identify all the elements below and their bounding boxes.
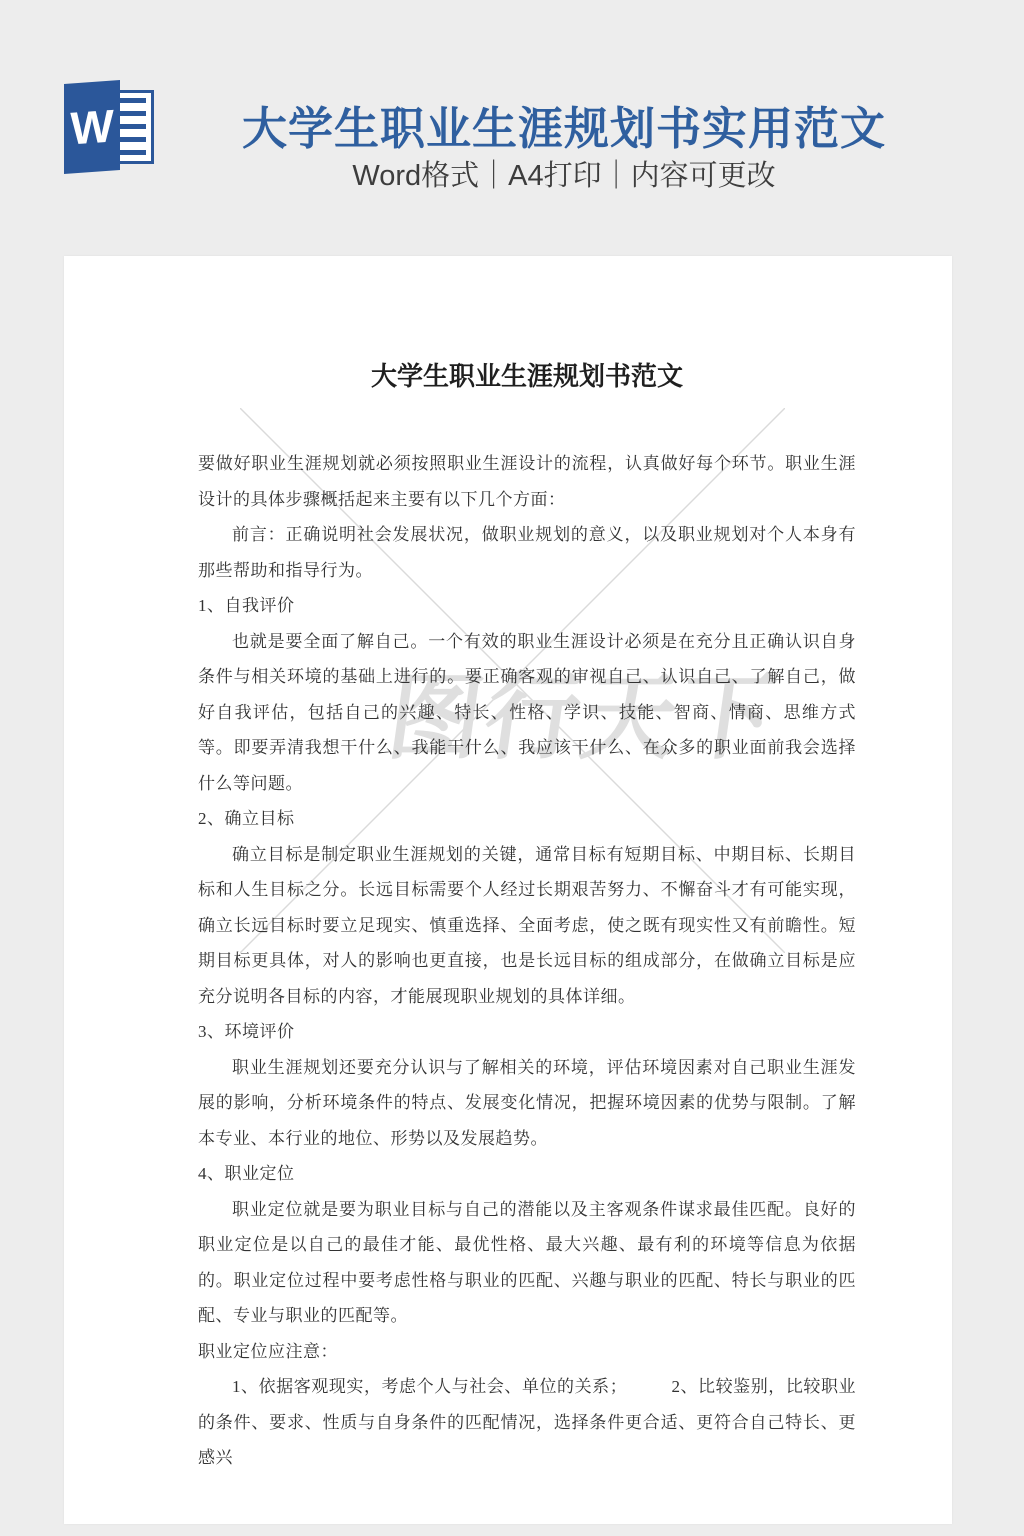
doc-paragraph: 要做好职业生涯规划就必须按照职业生涯设计的流程，认真做好每个环节。职业生涯设计的… — [198, 446, 856, 517]
doc-heading: 4、职业定位 — [198, 1156, 856, 1192]
doc-paragraph: 职业定位就是要为职业目标与自己的潜能以及主客观条件谋求最佳匹配。良好的职业定位是… — [198, 1192, 856, 1334]
doc-heading: 1、自我评价 — [198, 588, 856, 624]
doc-paragraph: 1、依据客观现实，考虑个人与社会、单位的关系； 2、比较鉴别，比较职业的条件、要… — [198, 1369, 856, 1476]
doc-heading: 2、确立目标 — [198, 801, 856, 837]
page-subtitle: Word格式｜A4打印｜内容可更改 — [52, 153, 1024, 194]
document-body: 要做好职业生涯规划就必须按照职业生涯设计的流程，认真做好每个环节。职业生涯设计的… — [198, 446, 856, 1476]
doc-paragraph: 前言：正确说明社会发展状况，做职业规划的意义，以及职业规划对个人本身有那些帮助和… — [198, 517, 856, 588]
document-page: 图行天下 大学生职业生涯规划书范文 要做好职业生涯规划就必须按照职业生涯设计的流… — [64, 256, 952, 1524]
doc-paragraph: 也就是要全面了解自己。一个有效的职业生涯设计必须是在充分且正确认识自身条件与相关… — [198, 624, 856, 802]
doc-paragraph: 确立目标是制定职业生涯规划的关键，通常目标有短期目标、中期目标、长期目标和人生目… — [198, 837, 856, 1015]
template-preview-page: W 大学生职业生涯规划书实用范文 Word格式｜A4打印｜内容可更改 图行天下 … — [0, 0, 1024, 1536]
document-title: 大学生职业生涯规划书范文 — [198, 356, 856, 393]
doc-paragraph: 职业生涯规划还要充分认识与了解相关的环境，评估环境因素对自己职业生涯发展的影响，… — [198, 1050, 856, 1157]
doc-heading: 3、环境评价 — [198, 1014, 856, 1050]
doc-paragraph: 职业定位应注意： — [198, 1334, 856, 1370]
page-title: 大学生职业生涯规划书实用范文 — [52, 92, 1024, 157]
